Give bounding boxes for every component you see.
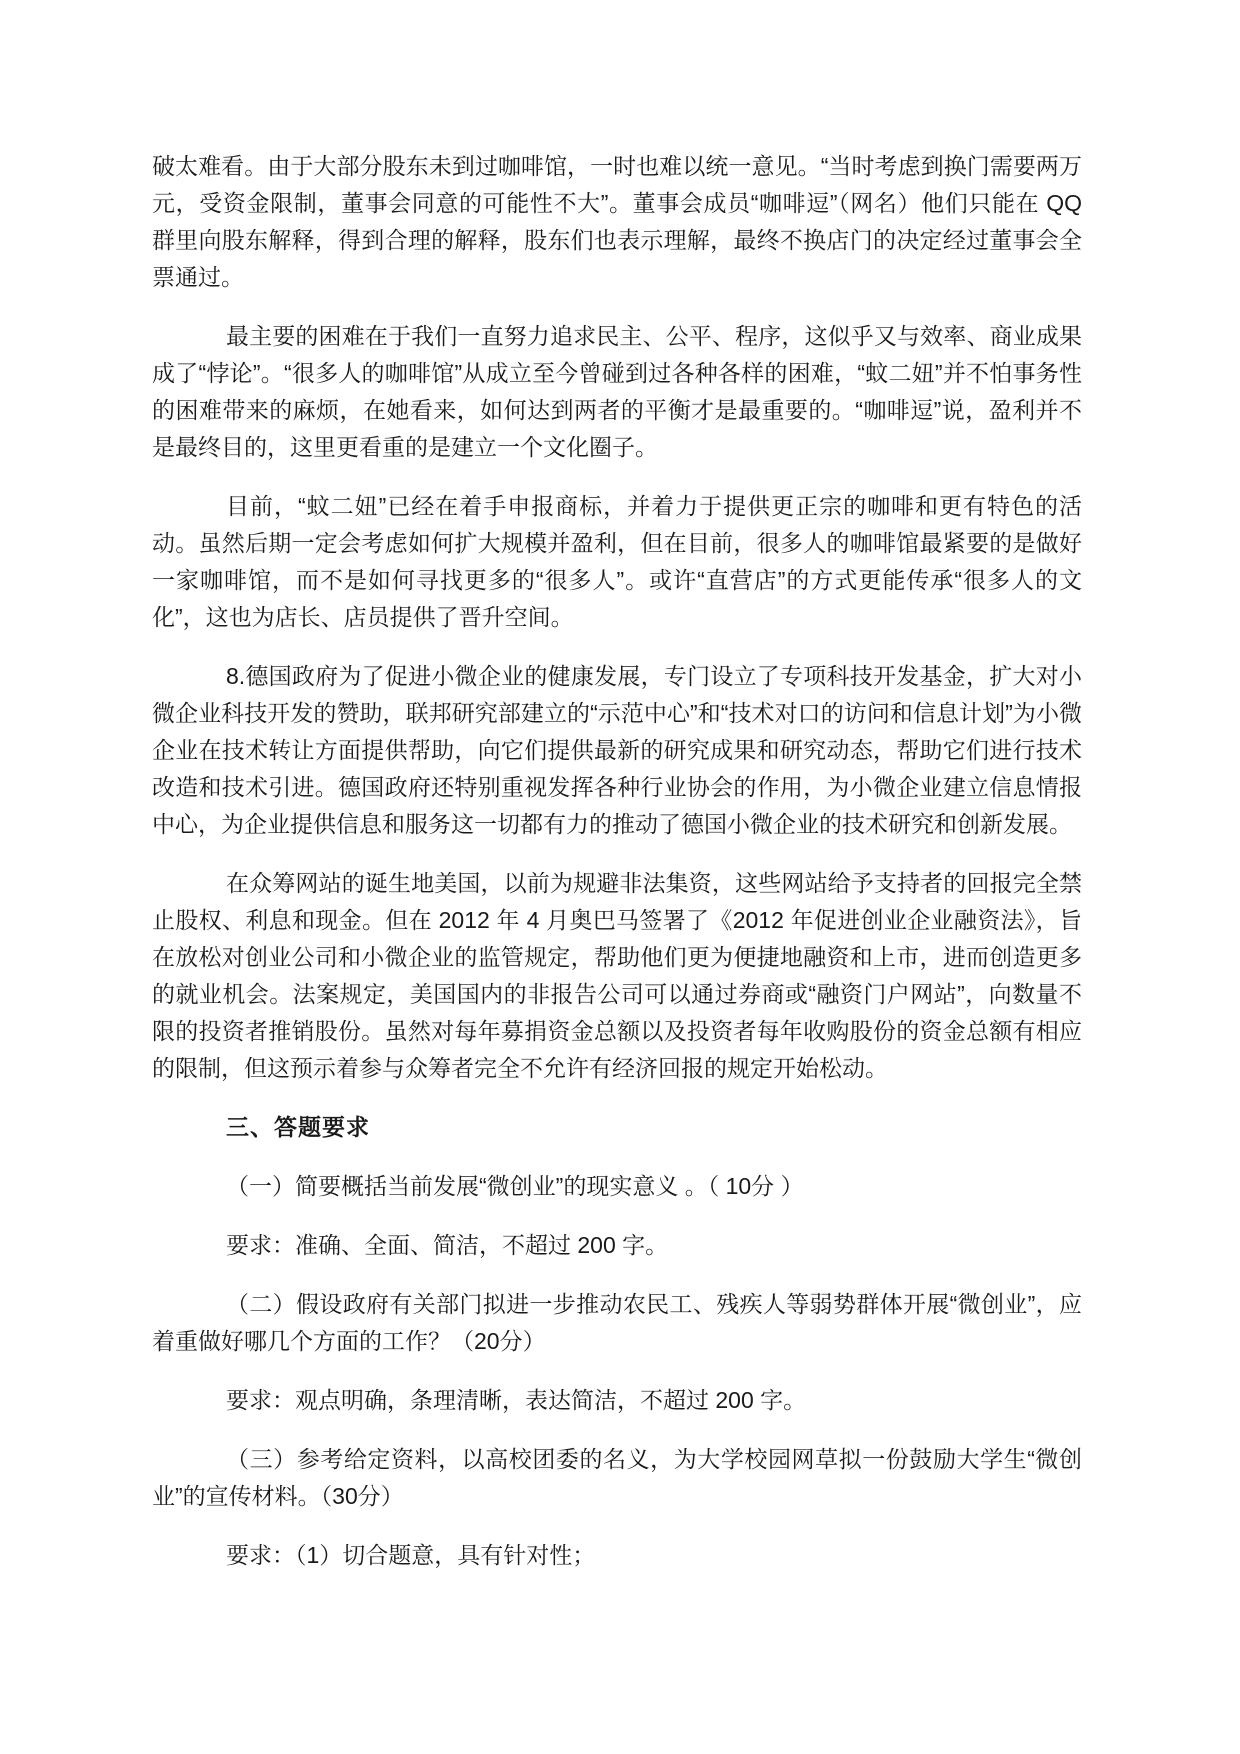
paragraph-door-dispute: 破太难看。由于大部分股东未到过咖啡馆，一时也难以统一意见。“当时考虑到换门需要两…	[152, 148, 1082, 296]
question-3-requirement: 要求：（1）切合题意，具有针对性；	[152, 1537, 1082, 1574]
paragraph-trademark-plan: 目前，“蚊二妞”已经在着手申报商标，并着力于提供更正宗的咖啡和更有特色的活动。虽…	[152, 488, 1082, 636]
paragraph-us-crowdfunding-law: 在众筹网站的诞生地美国，以前为规避非法集资，这些网站给予支持者的回报完全禁止股权…	[152, 865, 1082, 1087]
question-1-prompt: （一）简要概括当前发展“微创业”的现实意义 。（ 10分 ）	[152, 1168, 1082, 1205]
question-1-requirement: 要求：准确、全面、简洁，不超过 200 字。	[152, 1227, 1082, 1264]
paragraph-democracy-vs-efficiency: 最主要的困难在于我们一直努力追求民主、公平、程序，这似乎又与效率、商业成果成了“…	[152, 318, 1082, 466]
document-page: 破太难看。由于大部分股东未到过咖啡馆，一时也难以统一意见。“当时考虑到换门需要两…	[0, 0, 1240, 1754]
question-2-prompt: （二）假设政府有关部门拟进一步推动农民工、残疾人等弱势群体开展“微创业”，应着重…	[152, 1286, 1082, 1360]
question-3-prompt: （三）参考给定资料，以高校团委的名义，为大学校园网草拟一份鼓励大学生“微创业”的…	[152, 1441, 1082, 1515]
question-2-requirement: 要求：观点明确，条理清晰，表达简洁，不超过 200 字。	[152, 1382, 1082, 1419]
paragraph-germany-small-enterprises: 8.德国政府为了促进小微企业的健康发展，专门设立了专项科技开发基金，扩大对小微企…	[152, 658, 1082, 843]
section-heading-answer-requirements: 三、答题要求	[152, 1109, 1082, 1146]
